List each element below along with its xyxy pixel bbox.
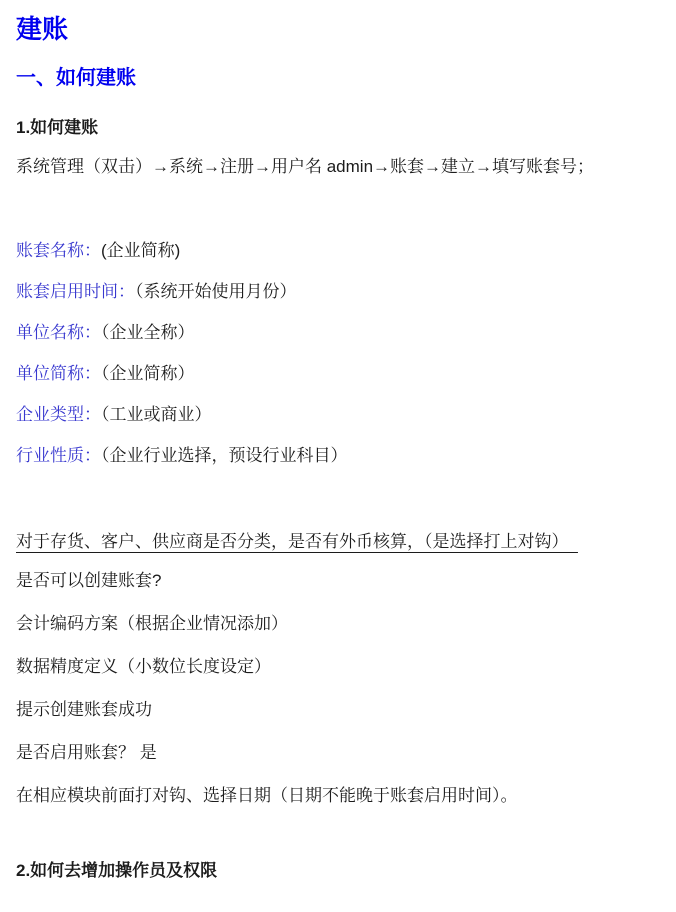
intro-line: 系统管理（双击）→系统→注册→用户名 admin→账套→建立→填写账套号；	[16, 156, 660, 178]
field-value: (企业简称)	[101, 241, 180, 260]
underlined-note: 对于存货、客户、供应商是否分类，是否有外币核算，（是选择打上对钩）	[16, 531, 660, 553]
document-page: 建账 一、如何建账 1.如何建账 系统管理（双击）→系统→注册→用户名 admi…	[0, 0, 676, 912]
field-label: 单位名称：	[16, 323, 101, 342]
field-label: 企业类型：	[16, 405, 101, 424]
step-line: 提示创建账套成功	[16, 700, 660, 720]
field-label: 行业性质：	[16, 446, 101, 465]
step-line: 是否启用账套？ 是	[16, 743, 660, 763]
field-value: （企业行业选择，预设行业科目）	[101, 446, 348, 465]
field-line: 账套名称：(企业简称)	[16, 241, 660, 261]
field-label: 账套启用时间：	[16, 282, 135, 301]
setup-steps-list: 是否可以创建账套?会计编码方案（根据企业情况添加）数据精度定义（小数位长度设定）…	[16, 571, 660, 806]
step-line: 会计编码方案（根据企业情况添加）	[16, 614, 660, 634]
field-line: 单位简称：（企业简称）	[16, 364, 660, 384]
field-value: （工业或商业）	[101, 405, 212, 424]
step-line: 在相应模块前面打对钩、选择日期（日期不能晚于账套启用时间）。	[16, 786, 660, 806]
underlined-note-text: 对于存货、客户、供应商是否分类，是否有外币核算，（是选择打上对钩）	[16, 532, 578, 551]
field-value: （系统开始使用月份）	[135, 282, 297, 301]
field-line: 企业类型：（工业或商业）	[16, 405, 660, 425]
account-fields-list: 账套名称：(企业简称)账套启用时间：（系统开始使用月份）单位名称：（企业全称）单…	[16, 241, 660, 466]
field-label: 账套名称：	[16, 241, 101, 260]
field-value: （企业简称）	[101, 364, 195, 383]
field-line: 行业性质：（企业行业选择，预设行业科目）	[16, 446, 660, 466]
field-line: 单位名称：（企业全称）	[16, 323, 660, 343]
subsection-1-heading: 1.如何建账	[16, 117, 660, 138]
doc-title: 建账	[16, 14, 660, 44]
step-line: 是否可以创建账套?	[16, 571, 660, 591]
subsection-2-heading: 2.如何去增加操作员及权限	[16, 860, 660, 881]
step-line: 数据精度定义（小数位长度设定）	[16, 657, 660, 677]
field-value: （企业全称）	[101, 323, 195, 342]
field-line: 账套启用时间：（系统开始使用月份）	[16, 282, 660, 302]
field-label: 单位简称：	[16, 364, 101, 383]
section-heading: 一、如何建账	[16, 66, 660, 90]
